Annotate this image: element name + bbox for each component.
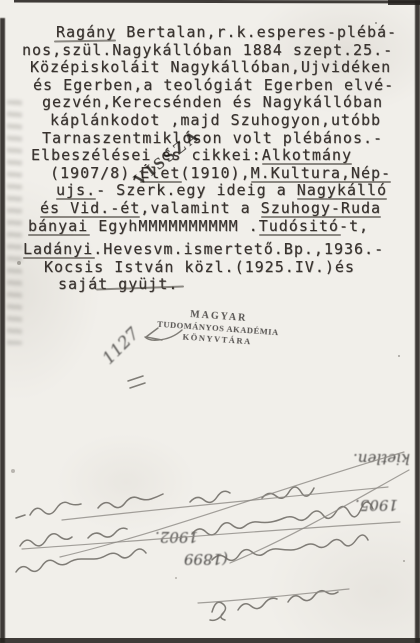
inventory-number-double-underline xyxy=(128,376,145,388)
pencil-scribble-line-1 xyxy=(16,487,314,518)
pencil-strike-arc-3 xyxy=(230,470,409,563)
pencil-strike-arc-5 xyxy=(198,589,349,603)
pencil-marks-layer xyxy=(0,0,420,643)
scanned-catalog-card: Ragány Bertalan,r.k.esperes-plébá- nos,s… xyxy=(0,0,420,643)
pencil-scribble-line-3 xyxy=(16,535,368,572)
pencil-scribble-line-2 xyxy=(20,502,373,546)
pencil-checkmark-near-stamp xyxy=(145,328,182,340)
pencil-signature xyxy=(210,591,338,621)
pencil-strike-arc-4 xyxy=(22,522,400,549)
